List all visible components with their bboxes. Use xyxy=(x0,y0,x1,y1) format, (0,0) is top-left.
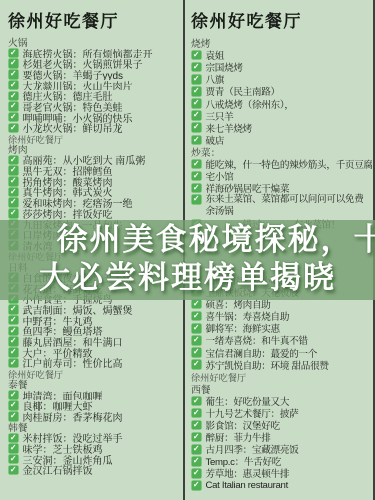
list-item[interactable]: ✓德庄火锅：德庄毛肚 xyxy=(8,90,181,101)
list-item-text: 影食馆：汉堡好吃 xyxy=(206,419,280,431)
list-item[interactable]: ✓东来土菜馆、菜馆都可以问问可以免费余汤锅 xyxy=(191,194,372,218)
check-icon: ✓ xyxy=(8,187,19,198)
section-label: 西餐 xyxy=(191,383,372,395)
check-icon: ✓ xyxy=(191,480,202,491)
list-item[interactable]: ✓拐角烤肉：酸菜烤肉 xyxy=(8,176,181,187)
list-item[interactable]: ✓大龙燚川锅：火山牛肉片 xyxy=(8,80,181,91)
list-item-text: 哥老官火锅：特色美蛙 xyxy=(23,101,123,112)
list-item[interactable]: ✓祥海砂锅居吃干煸菜 xyxy=(191,182,372,194)
list-item-text: 高丽苑：从小吃到大 南瓜粥 xyxy=(23,155,146,166)
list-item[interactable]: ✓一绪寿喜烧：和牛真不错 xyxy=(191,334,372,346)
check-icon: ✓ xyxy=(191,98,202,109)
check-icon: ✓ xyxy=(191,135,202,146)
list-item-text: 呷哺呷哺：小火锅的快乐 xyxy=(23,112,133,123)
list-item[interactable]: ✓来七羊烧烤 xyxy=(191,122,372,134)
overlay-title-line1: 徐州美食秘境探秘，十 xyxy=(34,221,375,259)
note-title-label: 徐州好吃餐厅 xyxy=(8,133,181,144)
check-icon: ✓ xyxy=(191,444,202,455)
note-title-label: 徐州好吃餐厅 xyxy=(8,368,181,379)
note-title: 徐州好吃餐厅 xyxy=(8,7,181,32)
list-item-text: 拐角烤肉：酸菜烤肉 xyxy=(23,176,113,187)
check-icon: ✓ xyxy=(8,176,19,187)
list-item[interactable]: ✓要德火锅：羊蝎子yyds xyxy=(8,69,181,80)
list-item-text: 喜牛锅：寿喜烧自助 xyxy=(206,310,290,322)
list-item-text: 真牛烤肉：韩式炭火 xyxy=(23,187,113,198)
list-item[interactable]: ✓三只羊 xyxy=(191,110,372,122)
list-item-text: 东来土菜馆、菜馆都可以问问可以免费余汤锅 xyxy=(206,194,373,218)
section-label: 韩餐 xyxy=(8,422,181,433)
list-item[interactable]: ✓古月四季：宝藏漂亮饭 xyxy=(191,443,372,455)
list-item[interactable]: ✓十九号艺术餐厅：披萨 xyxy=(191,407,372,419)
check-icon: ✓ xyxy=(191,323,202,334)
check-icon: ✓ xyxy=(191,420,202,431)
check-icon: ✓ xyxy=(8,101,19,112)
list-item[interactable]: ✓高丽苑：从小吃到大 南瓜粥 xyxy=(8,155,181,166)
list-item[interactable]: ✓哥老官火锅：特色美蛙 xyxy=(8,101,181,112)
check-icon: ✓ xyxy=(8,165,19,176)
check-icon: ✓ xyxy=(8,58,19,69)
list-item-text: 祥海砂锅居吃干煸菜 xyxy=(206,182,290,194)
list-item-text: 芳草地：惠灵顿牛排 xyxy=(206,467,290,479)
check-icon: ✓ xyxy=(191,335,202,346)
list-item-text: 德庄火锅：德庄毛肚 xyxy=(23,90,113,101)
check-icon: ✓ xyxy=(191,396,202,407)
list-item[interactable]: ✓Cat Italian restaurant xyxy=(191,480,372,492)
list-item[interactable]: ✓海底捞火锅：所有烦恼都走开 xyxy=(8,48,181,59)
list-item[interactable]: ✓葡生：好吃份量又大 xyxy=(191,395,372,407)
check-icon: ✓ xyxy=(8,48,19,59)
overlay-title: 徐州美食秘境探秘，十 大必尝料理榜单揭晓 xyxy=(0,221,375,297)
check-icon: ✓ xyxy=(191,159,202,170)
check-icon: ✓ xyxy=(191,194,202,205)
check-icon: ✓ xyxy=(8,197,19,208)
note-title: 徐州好吃餐厅 xyxy=(191,7,372,32)
list-item[interactable]: ✓金汉江石锅拌饭 xyxy=(8,465,181,476)
section-label: 烧烤 xyxy=(191,37,372,49)
check-icon: ✓ xyxy=(191,432,202,443)
list-item-text: 藤丸居酒屋：和牛满口 xyxy=(23,336,123,347)
list-item-text: 良椰：咖喱大虾 xyxy=(23,400,93,411)
check-icon: ✓ xyxy=(191,62,202,73)
list-item[interactable]: ✓坤清湾：面包咖喱 xyxy=(8,390,181,401)
list-item-text: 爱和味烤肉：疙瘩汤一绝 xyxy=(23,197,133,208)
list-item-text: 三只羊 xyxy=(206,110,234,122)
list-item[interactable]: ✓味学：芝士铁板鸡 xyxy=(8,443,181,454)
list-item[interactable]: ✓御将军：海鲜实惠 xyxy=(191,322,372,334)
list-item-text: 味学：芝士铁板鸡 xyxy=(23,443,103,454)
list-item-text: 宅小馆 xyxy=(206,170,234,182)
list-item-text: 黑牛无双：招牌鳕鱼 xyxy=(23,165,113,176)
list-item-text: 八旗 xyxy=(206,73,225,85)
check-icon: ✓ xyxy=(8,80,19,91)
note-title-label: 徐州好吃餐厅 xyxy=(191,371,372,383)
list-item-text: 御将军：海鲜实惠 xyxy=(206,322,280,334)
list-item[interactable]: ✓宝信君澜自助：蕞爱的一个 xyxy=(191,346,372,358)
list-item[interactable]: ✓武吉制面：焗饭、焗蟹煲 xyxy=(8,304,181,315)
list-item-text: 三安洞：釜山炸角瓜 xyxy=(23,454,113,465)
section-label: 火锅 xyxy=(8,37,181,48)
list-item-text: 贾青（民主南路） xyxy=(206,85,280,97)
list-item[interactable]: ✓杉姐老火锅：火锅煎饼果子 xyxy=(8,58,181,69)
list-item[interactable]: ✓良椰：咖喱大虾 xyxy=(8,400,181,411)
screenshot-canvas: 徐州好吃餐厅 火锅✓海底捞火锅：所有烦恼都走开✓杉姐老火锅：火锅煎饼果子✓要德火… xyxy=(0,0,375,500)
check-icon: ✓ xyxy=(8,347,19,358)
check-icon: ✓ xyxy=(8,336,19,347)
check-icon: ✓ xyxy=(8,208,19,219)
list-item[interactable]: ✓中野君：牛丸鸡 xyxy=(8,315,181,326)
check-icon: ✓ xyxy=(191,347,202,358)
check-icon: ✓ xyxy=(8,454,19,465)
check-icon: ✓ xyxy=(8,112,19,123)
list-item[interactable]: ✓真牛烤肉：韩式炭火 xyxy=(8,187,181,198)
check-icon: ✓ xyxy=(191,74,202,85)
list-item-text: 一绪寿喜烧：和牛真不错 xyxy=(206,334,308,346)
list-item-text: 宗国烧烤 xyxy=(206,61,243,73)
check-icon: ✓ xyxy=(191,408,202,419)
list-item-text: Cat Italian restaurant xyxy=(206,480,288,491)
list-item[interactable]: ✓米村拌饭：没吃过举手 xyxy=(8,432,181,443)
list-item[interactable]: ✓宅小馆 xyxy=(191,170,372,182)
list-item-text: 十九号艺术餐厅：披萨 xyxy=(206,407,299,419)
list-item-text: 能吃辣，什一特色的辣炒筋头，千页豆腐 xyxy=(206,158,373,170)
list-item[interactable]: ✓黑牛无双：招牌鳕鱼 xyxy=(8,165,181,176)
check-icon: ✓ xyxy=(8,465,19,476)
check-icon: ✓ xyxy=(191,122,202,133)
check-icon: ✓ xyxy=(191,311,202,322)
check-icon: ✓ xyxy=(191,86,202,97)
check-icon: ✓ xyxy=(191,359,202,370)
check-icon: ✓ xyxy=(8,433,19,444)
list-item-text: 中野君：牛丸鸡 xyxy=(23,315,93,326)
list-item[interactable]: ✓肉桂厨房：香茅梅花肉 xyxy=(8,411,181,422)
list-item-text: 莎莎烤肉：拌饭好吃 xyxy=(23,208,113,219)
check-icon: ✓ xyxy=(8,315,19,326)
list-item-text: Temp.c：牛舌好吃 xyxy=(206,455,282,467)
list-item-text: 来七羊烧烤 xyxy=(206,122,252,134)
check-icon: ✓ xyxy=(8,443,19,454)
list-item[interactable]: ✓袁姐 xyxy=(191,49,372,61)
check-icon: ✓ xyxy=(8,390,19,401)
list-item-text: 武吉制面：焗饭、焗蟹煲 xyxy=(23,304,133,315)
list-item-text: 海底捞火锅：所有烦恼都走开 xyxy=(23,48,153,59)
list-item-text: 古月四季：宝藏漂亮饭 xyxy=(206,443,299,455)
list-item-text: 袁姐 xyxy=(206,49,225,61)
list-item-text: 坤清湾：面包咖喱 xyxy=(23,390,103,401)
list-item[interactable]: ✓八旗 xyxy=(191,73,372,85)
list-item[interactable]: ✓宗国烧烤 xyxy=(191,61,372,73)
list-item-text: 肉桂厨房：香茅梅花肉 xyxy=(23,411,123,422)
check-icon: ✓ xyxy=(8,155,19,166)
check-icon: ✓ xyxy=(8,69,19,80)
check-icon: ✓ xyxy=(191,468,202,479)
list-item-text: 葡生：好吃份量又大 xyxy=(206,395,290,407)
check-icon: ✓ xyxy=(191,183,202,194)
check-icon: ✓ xyxy=(191,171,202,182)
list-item[interactable]: ✓贾青（民主南路） xyxy=(191,85,372,97)
list-item-text: 八戒烧烤（徐州东）， xyxy=(206,97,294,109)
list-item[interactable]: ✓能吃辣，什一特色的辣炒筋头，千页豆腐 xyxy=(191,158,372,170)
list-item[interactable]: ✓芳草地：惠灵顿牛排 xyxy=(191,467,372,479)
list-item-text: 要德火锅：羊蝎子yyds xyxy=(23,69,124,80)
list-item[interactable]: ✓喜牛锅：寿喜烧自助 xyxy=(191,310,372,322)
list-item[interactable]: ✓爱和味烤肉：疙瘩汤一绝 xyxy=(8,197,181,208)
list-item-text: 大龙燚川锅：火山牛肉片 xyxy=(23,80,133,91)
list-item[interactable]: ✓八戒烧烤（徐州东）， xyxy=(191,97,372,109)
list-item-text: 鱼四季：鳗鱼塔塔 xyxy=(23,326,103,337)
check-icon: ✓ xyxy=(191,50,202,61)
list-item[interactable]: ✓醉厨：菲力牛排 xyxy=(191,431,372,443)
list-item[interactable]: ✓藤丸居酒屋：和牛满口 xyxy=(8,336,181,347)
list-item-text: 醉厨：菲力牛排 xyxy=(206,431,271,443)
overlay-title-line2: 大必尝料理榜单揭晓 xyxy=(0,259,375,297)
list-item[interactable]: ✓三安洞：釜山炸角瓜 xyxy=(8,454,181,465)
check-icon: ✓ xyxy=(191,299,202,310)
list-item[interactable]: ✓大户：平价精致 xyxy=(8,347,181,358)
list-item[interactable]: ✓Temp.c：牛舌好吃 xyxy=(191,455,372,467)
list-item-text: 宝信君澜自助：蕞爱的一个 xyxy=(206,346,318,358)
list-item-text: 米村拌饭：没吃过举手 xyxy=(23,432,123,443)
check-icon: ✓ xyxy=(8,326,19,337)
list-item-text: 大户：平价精致 xyxy=(23,347,93,358)
check-icon: ✓ xyxy=(8,304,19,315)
check-icon: ✓ xyxy=(8,400,19,411)
list-item-text: 金汉江石锅拌饭 xyxy=(23,465,93,476)
check-icon: ✓ xyxy=(191,110,202,121)
list-item[interactable]: ✓影食馆：汉堡好吃 xyxy=(191,419,372,431)
list-item[interactable]: ✓呷哺呷哺：小火锅的快乐 xyxy=(8,112,181,123)
check-icon: ✓ xyxy=(8,91,19,102)
list-item-text: 杉姐老火锅：火锅煎饼果子 xyxy=(23,58,143,69)
list-item[interactable]: ✓鱼四季：鳗鱼塔塔 xyxy=(8,326,181,337)
check-icon: ✓ xyxy=(191,456,202,467)
list-item[interactable]: ✓莎莎烤肉：拌饭好吃 xyxy=(8,208,181,219)
section-label: 炒菜： xyxy=(191,146,372,158)
